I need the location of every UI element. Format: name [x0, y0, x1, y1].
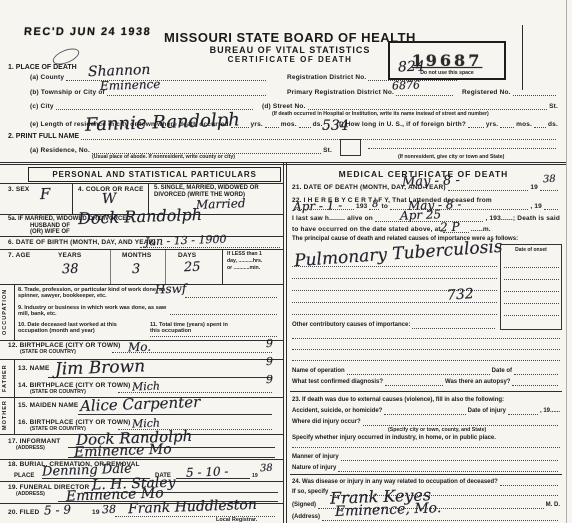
st-label: St.: [323, 147, 332, 154]
registered-no-field: Registered No.: [462, 89, 558, 96]
father-birthplace-sub: (STATE OR COUNTRY): [30, 389, 86, 395]
dotted-line: [500, 484, 558, 486]
manner-label: Manner of injury: [292, 454, 339, 461]
row-divider: [0, 236, 283, 237]
dotted-line: [412, 327, 495, 329]
signed-label: (Signed): [292, 502, 316, 509]
mother-name-handwritten-value: Alice Carpenter: [80, 395, 201, 414]
dotted-line: [448, 189, 529, 191]
burial-19-print: 19: [252, 473, 258, 479]
dotted-line: [170, 314, 277, 315]
cause-code-handwritten: 732: [447, 287, 475, 303]
mos-label: mos.: [281, 121, 297, 128]
full-name-handwritten-value: Fannie Randolph: [85, 111, 240, 134]
occupation-9-label: 9. Industry or business in which work wa…: [18, 305, 178, 317]
foreign-birth-label: (f) How long in U. S., if of foreign bir…: [337, 121, 467, 128]
cell-divider: [72, 183, 73, 214]
row-divider: [290, 474, 562, 475]
dotted-line: [384, 413, 465, 415]
top-right-border-line: [522, 25, 523, 90]
dotted-line: [540, 189, 558, 191]
county-label: (a) County: [30, 74, 64, 81]
column-divider-line: [286, 163, 287, 523]
primary-district-label: Primary Registration District No.: [287, 89, 394, 96]
dotted-line: [292, 278, 497, 279]
nature-line: Nature of injury: [292, 465, 560, 472]
received-date-stamp: REC'D JUN 24 1938: [24, 26, 152, 38]
father-name-handwritten-value: Jim Brown: [55, 358, 146, 378]
where-injury-note: (Specify city or town, county, and State…: [388, 427, 486, 433]
township-label: (b) Township or City of: [30, 89, 105, 96]
dotted-line: [512, 384, 558, 386]
ditto-mark: 9: [266, 356, 273, 367]
dotted-line: [341, 459, 558, 461]
autopsy-label: Was there an autopsy?: [445, 379, 510, 386]
public-place-label: Specify whether injury occurred in indus…: [292, 435, 496, 442]
last-saw-label: I last saw h........ alive on: [292, 215, 373, 222]
address-label: (Address): [292, 514, 320, 521]
occupation-side-label: OCCUPATION: [2, 287, 8, 337]
dob-handwritten-value: Jan - 13 - 1900: [145, 234, 227, 248]
cell-divider: [14, 359, 15, 397]
local-registrar-label: Local Registrar.: [216, 517, 257, 523]
registration-district-handwritten-value: 824: [398, 60, 425, 75]
dotted-line: [508, 413, 538, 415]
certify-to-print: to: [381, 203, 388, 210]
dotted-line: [292, 266, 497, 267]
birthplace-handwritten-value: Mo.: [128, 341, 152, 354]
age-less-note-3: or ...........min.: [227, 265, 260, 271]
dotted-line: [504, 315, 559, 316]
nature-label: Nature of injury: [292, 465, 336, 472]
dod-year-handwritten: 38: [543, 175, 556, 185]
dotted-line: [534, 126, 546, 128]
dotted-line: [363, 424, 558, 426]
cell-divider: [110, 249, 111, 284]
certify-19-print: , 19: [530, 203, 542, 210]
dotted-line: [544, 208, 558, 210]
city-label: (c) City: [30, 103, 54, 110]
cell-divider: [165, 249, 166, 284]
dotted-line: [468, 126, 484, 128]
spouse-handwritten-value: Dock Randolph: [78, 207, 202, 227]
attended-from-handwritten: Apr - 1 -: [293, 199, 343, 213]
age-label: 7. AGE: [8, 252, 30, 259]
age-months-label: MONTHS: [122, 252, 151, 259]
burial-year-handwritten-value: 38: [260, 464, 273, 474]
age-days-handwritten: 25: [184, 261, 201, 275]
where-injury-label: Where did injury occur?: [292, 419, 361, 426]
column-divider-line: [283, 163, 284, 523]
where-injury-line: Where did injury occur?: [292, 419, 560, 426]
funeral-address-sub: (ADDRESS): [16, 491, 45, 497]
informant-address-handwritten: Eminence Mo: [74, 442, 172, 459]
dotted-line: [504, 291, 559, 292]
external-causes-label: 23. If death was due to external causes …: [292, 397, 504, 404]
dotted-line: [347, 373, 490, 375]
ditto-mark: 9: [266, 374, 273, 385]
marital-handwritten-value: Married: [196, 197, 246, 211]
dob-label: 6. DATE OF BIRTH (MONTH, DAY, AND YEAR): [8, 239, 156, 246]
injury-date-label: Date of injury: [468, 408, 506, 415]
filed-label: 20. FILED: [8, 509, 39, 516]
attended-year-handwritten: 8: [372, 200, 379, 210]
primary-district-handwritten-value: 6876: [392, 80, 420, 92]
test-autopsy-line: What test confirmed diagnosis? Was there…: [292, 379, 560, 386]
full-name-label: 2. PRINT FULL NAME: [8, 133, 79, 140]
contributory-line: Other contributory causes of importance:: [292, 322, 497, 329]
age-years-label: YEARS: [58, 252, 81, 259]
dotted-line: [292, 447, 560, 448]
accident-line: Accident, suicide, or homicide? Date of …: [292, 408, 560, 415]
contributory-label: Other contributory causes of importance:: [292, 322, 410, 329]
dotted-line: [504, 279, 559, 280]
row-divider: [0, 459, 283, 460]
dotted-line: [292, 349, 560, 350]
dotted-line: [500, 126, 514, 128]
row-divider: [290, 391, 562, 392]
cell-divider: [222, 249, 223, 284]
father-side-label: FATHER: [2, 362, 8, 395]
dotted-line: [292, 338, 560, 339]
operation-label: Name of operation: [292, 368, 345, 375]
ditto-mark: 9: [266, 338, 273, 349]
occupation-related-label: 24. Was disease or injury in any way rel…: [292, 479, 498, 486]
dotted-line: [385, 384, 443, 386]
father-name-label: 13. NAME: [18, 365, 50, 372]
death-time-handwritten: 2 P: [440, 221, 460, 234]
dotted-line: [514, 373, 558, 375]
residence-no-continuation: [366, 147, 558, 149]
occupation-11-label: 11. Total time (years) spent in this occ…: [150, 322, 235, 334]
informant-address-sub: (ADDRESS): [16, 445, 45, 451]
death-time-line: to have occurred on the date stated abov…: [292, 226, 492, 233]
date-of-death-handwritten: May - 8 -: [402, 174, 460, 189]
filed-year-handwritten: 38: [102, 504, 116, 515]
street-field: (d) Street No.St.: [262, 103, 558, 110]
dotted-line: [368, 147, 556, 149]
death-certificate-scan: REC'D JUN 24 1938 MISSOURI STATE BOARD O…: [0, 0, 572, 523]
injury-19-print: , 19......: [540, 408, 560, 415]
name-number-handwritten: 534: [322, 119, 349, 133]
mother-side-label: MOTHER: [2, 400, 8, 431]
filed-date-handwritten: 5 - 9: [44, 504, 71, 517]
primary-district-field: Primary Registration District No.: [287, 89, 455, 96]
dotted-line: [265, 126, 279, 128]
dod-19-print: 19: [530, 184, 538, 191]
nonresident-note: (If nonresident, give city or town and S…: [398, 154, 504, 160]
dotted-line: [107, 94, 266, 96]
sex-label: 3. SEX: [8, 186, 29, 193]
physician-address-handwritten: Eminence, Mo.: [335, 501, 442, 519]
street-st-suffix: St.: [549, 103, 558, 110]
township-handwritten-value: Eminence: [100, 78, 161, 92]
sex-handwritten-value: F: [40, 187, 51, 202]
if-so-label: If so, specify: [292, 489, 328, 496]
date-of-onset-box: Date of onset: [500, 244, 562, 330]
registrar-signature-handwritten: Frank Huddleston: [128, 498, 257, 516]
last-saw-handwritten: Apr 25: [400, 208, 442, 221]
burial-date-handwritten-value: 5 - 10 -: [186, 465, 229, 478]
operation-date-label: Date of: [492, 368, 512, 375]
st-entry-box: [340, 139, 361, 156]
mos-label: mos.: [516, 121, 532, 128]
row-divider: [0, 249, 283, 250]
birthplace-12-sub: (STATE OR COUNTRY): [20, 349, 76, 355]
age-days-label: DAYS: [178, 252, 196, 259]
manner-line: Manner of injury: [292, 454, 560, 461]
age-less-note-2: day, ..........hrs.: [227, 258, 262, 264]
row-divider: [0, 183, 283, 184]
dotted-line: [338, 470, 558, 472]
scan-edge-line: [566, 0, 567, 523]
abode-note: (Usual place of abode. If nonresident, w…: [92, 154, 235, 160]
hospital-note: (If death occurred in Hospital or Instit…: [272, 111, 489, 117]
age-years-handwritten: 38: [62, 263, 79, 277]
date-of-onset-label: Date of onset: [501, 247, 561, 253]
cell-divider: [14, 397, 15, 434]
cell-divider: [14, 284, 15, 340]
occupation-handwritten-value: Hswf: [155, 282, 187, 295]
yrs-label: yrs.: [486, 121, 498, 128]
last-saw-suffix: , 193......; Death is said: [485, 215, 560, 222]
burial-place-label: PLACE: [14, 473, 34, 480]
dotted-line: [504, 267, 559, 268]
mother-name-label: 15. MAIDEN NAME: [18, 402, 78, 409]
dotted-line: [292, 360, 560, 361]
row-divider: [0, 284, 283, 285]
death-time-label: to have occurred on the date stated abov…: [292, 226, 441, 233]
registration-district-label: Registration District No.: [287, 74, 366, 81]
race-handwritten-value: W: [102, 192, 117, 206]
accident-label: Accident, suicide, or homicide?: [292, 408, 382, 415]
age-months-handwritten: 3: [132, 263, 141, 276]
occupation-10-label: 10. Date deceased last worked at this oc…: [18, 322, 136, 334]
test-label: What test confirmed diagnosis?: [292, 379, 383, 386]
father-birthplace-handwritten-value: Mich: [132, 381, 160, 393]
ds-label: ds.: [548, 121, 558, 128]
dotted-line: [81, 138, 556, 140]
dotted-line: [504, 303, 559, 304]
dotted-line: [292, 314, 497, 315]
left-column-header-box: PERSONAL AND STATISTICAL PARTICULARS: [28, 167, 281, 182]
operation-line: Name of operation Date of: [292, 368, 560, 375]
certify-193-print: 193: [356, 203, 367, 210]
dotted-line: [396, 94, 453, 96]
dotted-line: [299, 126, 311, 128]
yrs-label: yrs.: [251, 121, 263, 128]
left-column-header: PERSONAL AND STATISTICAL PARTICULARS: [52, 170, 256, 179]
dotted-line: [322, 519, 558, 521]
dotted-line: [513, 94, 556, 96]
dotted-line: [185, 297, 277, 298]
death-time-m-print: ......m.: [471, 226, 491, 233]
age-less-note-1: If LESS than 1: [227, 251, 262, 257]
registered-no-label: Registered No.: [462, 89, 511, 96]
dotted-line: [150, 336, 277, 337]
residence-no-label: (a) Residence, No.: [30, 147, 90, 154]
registration-district-field: Registration District No.: [287, 74, 459, 81]
filed-19-print: 19: [92, 509, 100, 516]
md-label: M. D.: [546, 502, 560, 509]
street-label: (d) Street No.: [262, 103, 306, 110]
place-of-death-title: 1. PLACE OF DEATH: [8, 64, 77, 71]
